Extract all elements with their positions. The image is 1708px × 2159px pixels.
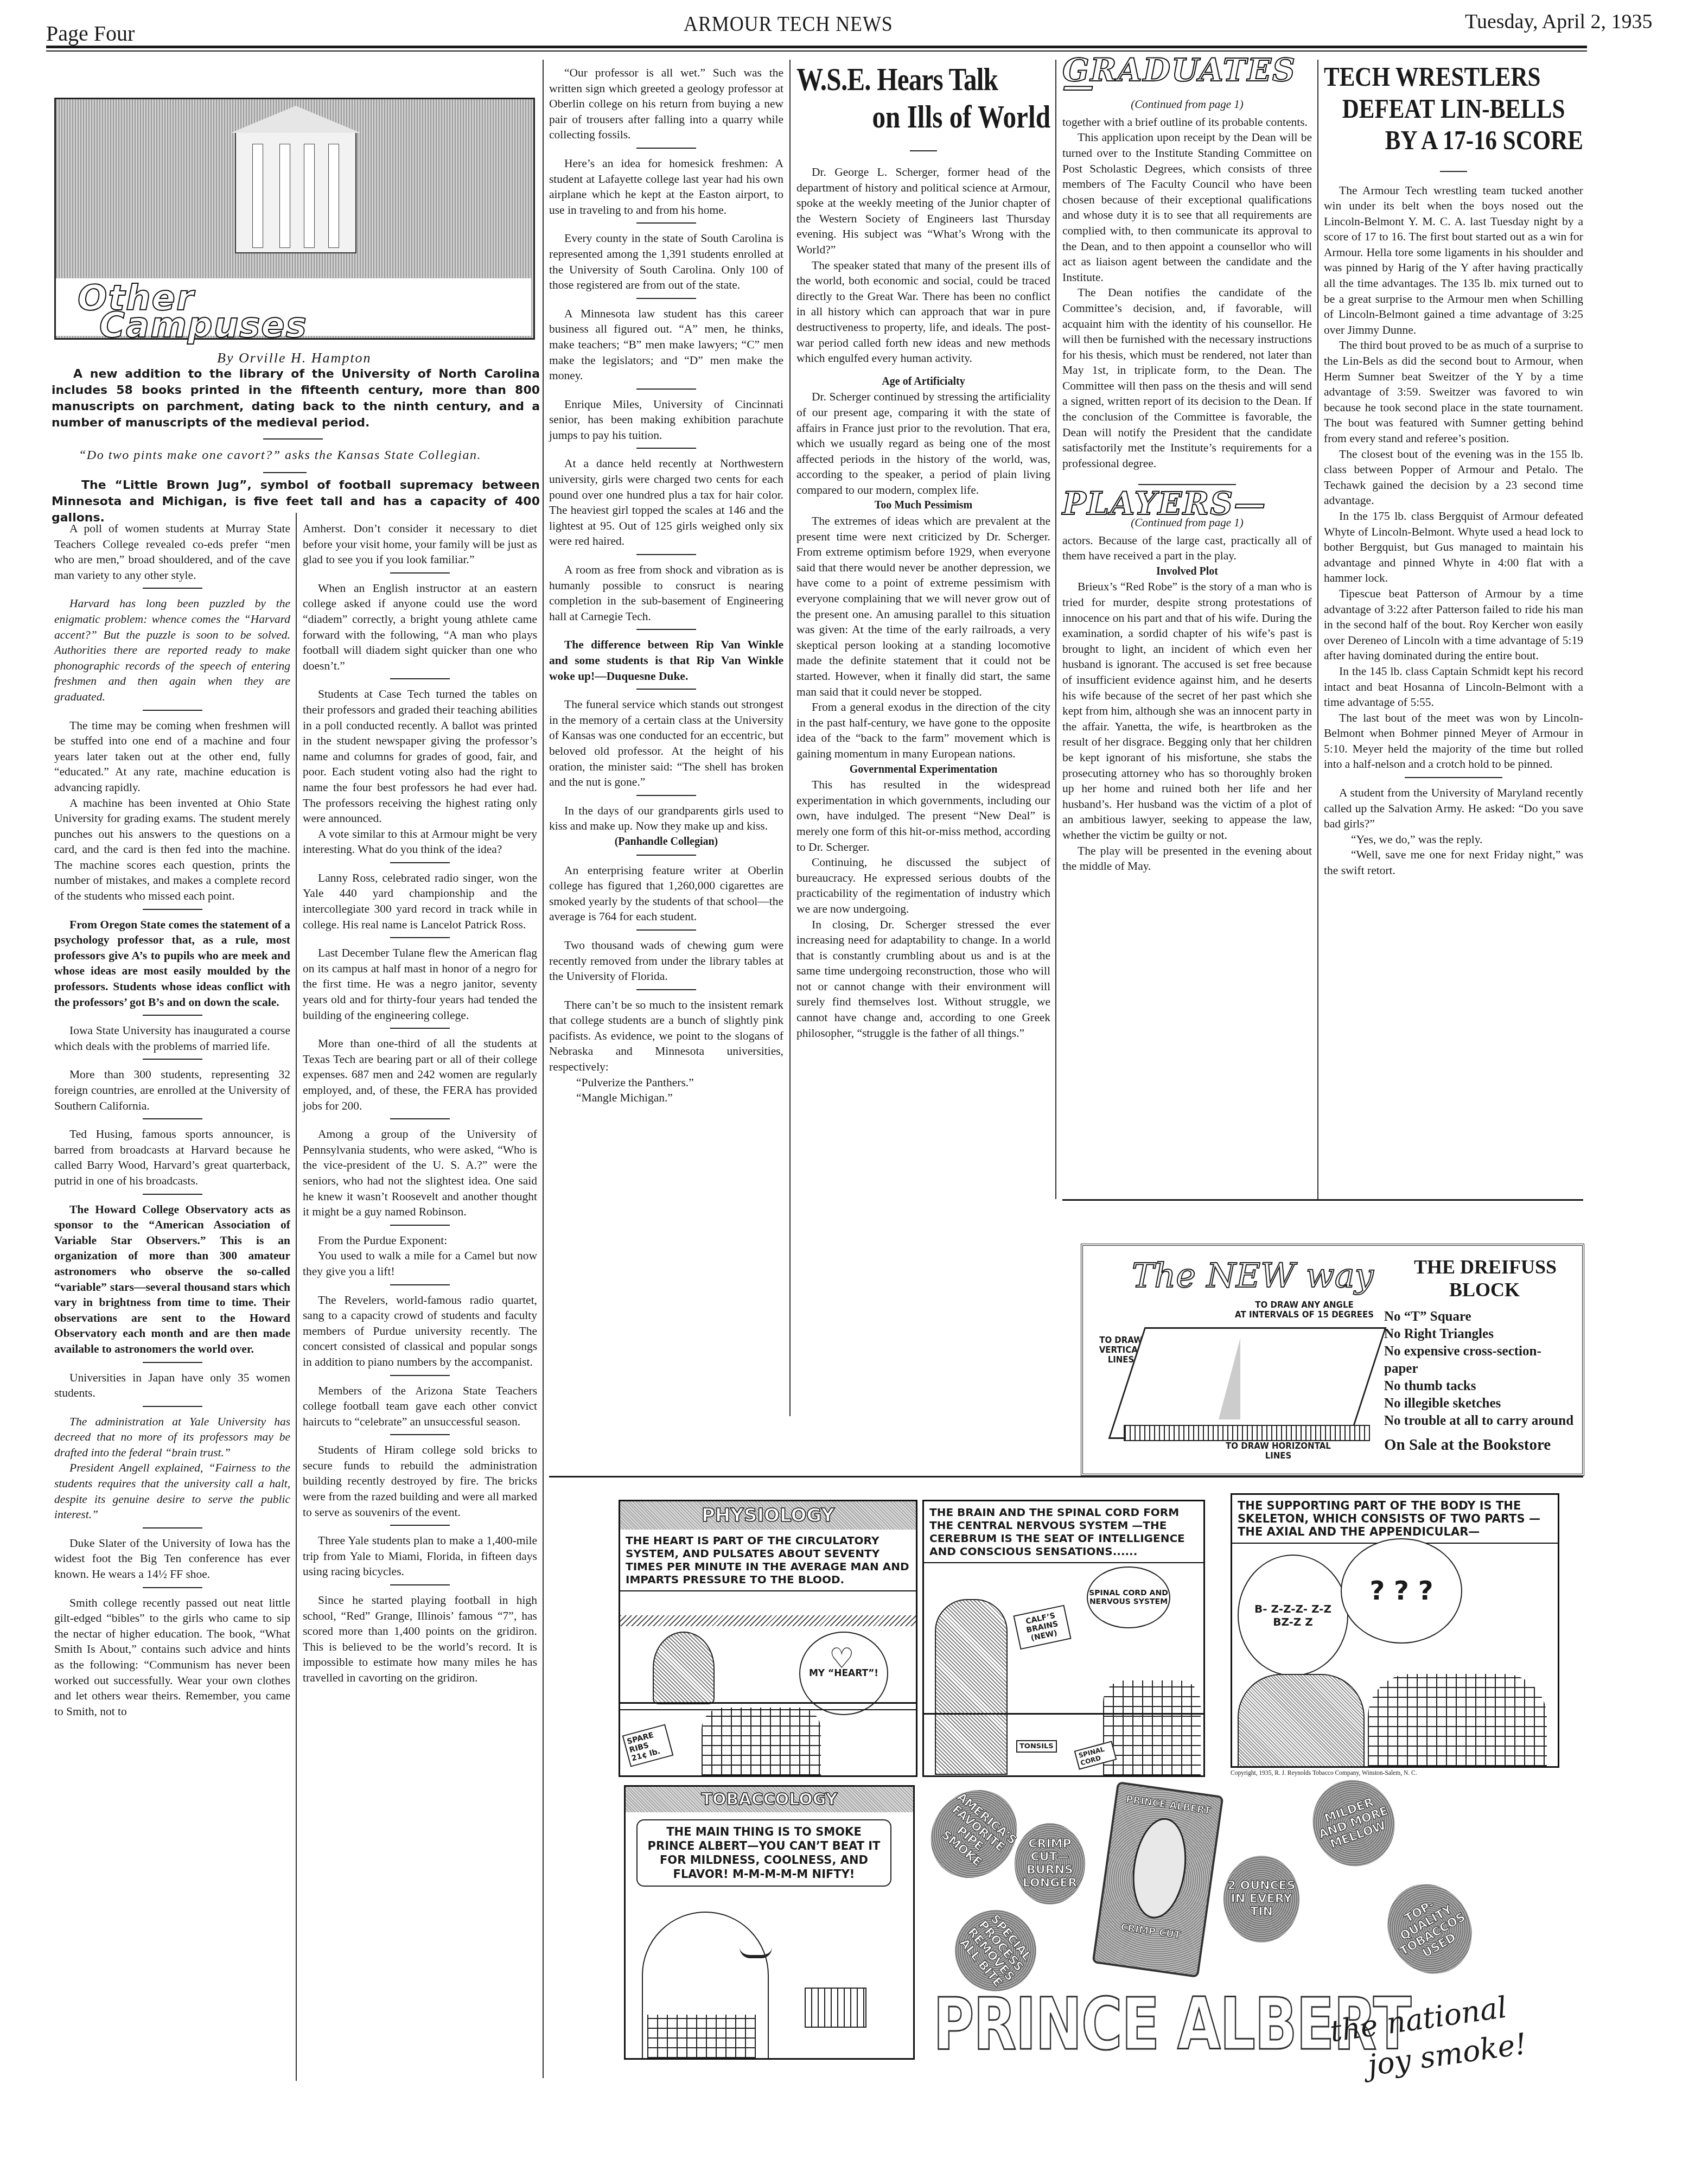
news-item: More than 300 students, representing 32 …: [54, 1067, 290, 1113]
divider: [636, 989, 696, 990]
divider: [143, 710, 202, 711]
column-divider: [1055, 60, 1056, 1199]
divider: [390, 1225, 450, 1226]
news-item: The administration at Yale University ha…: [54, 1414, 290, 1461]
panel-caption: THE SUPPORTING PART OF THE BODY IS THE S…: [1232, 1495, 1558, 1544]
counter: [924, 1713, 1203, 1720]
news-item: More than one-third of all the students …: [303, 1036, 537, 1113]
comic-panel-skeleton: THE SUPPORTING PART OF THE BODY IS THE S…: [1231, 1493, 1559, 1768]
triangle-icon: [1219, 1338, 1240, 1419]
divider: [636, 855, 696, 856]
sleeping-student-figure: [1238, 1674, 1365, 1768]
issue-date: Tuesday, April 2, 1935: [1465, 10, 1653, 34]
news-item: When an English instructor at an eastern…: [303, 581, 537, 674]
ad-brand-line1: THE DREIFUSS: [1414, 1256, 1557, 1278]
comic-panel-physiology: PHYSIOLOGY THE HEART IS PART OF THE CIRC…: [619, 1500, 917, 1777]
news-item: Students at Case Tech turned the tables …: [303, 686, 537, 826]
divider: [143, 1406, 202, 1407]
article-paragraph: In the 145 lb. class Captain Schmidt kep…: [1324, 664, 1583, 710]
news-item: Three Yale students plan to make a 1,400…: [303, 1533, 537, 1580]
divider: [636, 929, 696, 931]
news-item: Enrique Miles, University of Cincinnati …: [549, 397, 783, 443]
news-item: Students of Hiram college sold bricks to…: [303, 1442, 537, 1520]
article-paragraph: together with a brief outline of its pro…: [1062, 114, 1312, 130]
article-paragraph: The speaker stated that many of the pres…: [796, 258, 1050, 366]
subheading: Age of Artificialty: [796, 374, 1050, 390]
ad-brand-line2: BLOCK: [1449, 1278, 1520, 1301]
section-rule: [549, 1476, 1583, 1477]
news-item: Two thousand wads of chewing gum were re…: [549, 938, 783, 984]
news-item: A poll of women students at Murray State…: [54, 521, 290, 583]
feature-item: No “T” Square: [1384, 1308, 1574, 1326]
divider: [390, 1118, 450, 1119]
news-item: Lanny Ross, celebrated radio singer, won…: [303, 870, 537, 932]
divider: [390, 572, 450, 574]
lead-item-kansas-collegian: “Do two pints make one cavort?” asks the…: [79, 448, 481, 463]
heart-icon: ♡: [829, 1642, 855, 1675]
divider: [263, 472, 307, 473]
wrestling-headline-line3: BY A 17-16 SCORE: [1360, 126, 1583, 155]
slogan: “Pulverize the Panthers.”: [549, 1075, 783, 1091]
campus-building-icon: [805, 1988, 866, 2028]
divider: [390, 1525, 450, 1526]
divider: [143, 1194, 202, 1195]
news-item: Here’s an idea for homesick freshmen: A …: [549, 156, 783, 218]
divider: [910, 150, 937, 151]
article-paragraph: actors. Because of the large cast, pract…: [1062, 533, 1312, 564]
divider: [636, 689, 696, 690]
news-item: Smith college recently passed out neat l…: [54, 1595, 290, 1719]
news-item: A room as free from shock and vibration …: [549, 562, 783, 624]
divider: [143, 1118, 202, 1119]
divider: [390, 1028, 450, 1029]
dreifuss-block-ad: The NEW way THE DREIFUSS BLOCK TO DRAW A…: [1081, 1244, 1584, 1476]
news-item-source: (Panhandle Collegian): [549, 834, 783, 850]
news-item: A vote similar to this at Armour might b…: [303, 826, 537, 857]
article-paragraph: Dr. Scherger continued by stressing the …: [796, 389, 1050, 498]
article-paragraph: In closing, Dr. Scherger stressed the ev…: [796, 917, 1050, 1041]
counter: [620, 1702, 916, 1710]
divider: [143, 1059, 202, 1060]
news-item: The Howard College Observatory acts as s…: [54, 1202, 290, 1357]
column-divider: [543, 60, 544, 2078]
divider: [390, 862, 450, 863]
other-campuses-column-2: Amherst. Don’t consider it necessary to …: [303, 521, 537, 1686]
news-item: Every county in the state of South Carol…: [549, 231, 783, 292]
tin-label: PRINCE ALBERT: [1117, 1792, 1220, 1818]
divider: [636, 554, 696, 555]
divider: [390, 1584, 450, 1585]
divider: [636, 629, 696, 630]
article-paragraph: This has resulted in the widespread expe…: [796, 777, 1050, 855]
divider: [1405, 777, 1502, 778]
customer-figure: [1103, 1680, 1201, 1775]
product-label: TONSILS: [1016, 1740, 1057, 1753]
news-item: Duke Slater of the University of Iowa ha…: [54, 1536, 290, 1582]
butcher-figure: [935, 1599, 1008, 1775]
article-paragraph: The play will be presented in the evenin…: [1062, 843, 1312, 874]
news-item: President Angell explained, “Fairness to…: [54, 1460, 290, 1522]
news-item: A machine has been invented at Ohio Stat…: [54, 795, 290, 904]
news-item: The difference between Rip Van Winkle an…: [549, 637, 783, 684]
copyright-notice: Copyright, 1935, R. J. Reynolds Tobacco …: [1231, 1770, 1417, 1776]
slogan: “Mangle Michigan.”: [549, 1090, 783, 1106]
feature-item: No illegible sketches: [1384, 1395, 1574, 1412]
news-item: Amherst. Don’t consider it necessary to …: [303, 521, 537, 568]
feature-item: No expensive cross-section-paper: [1384, 1343, 1574, 1378]
news-item: Harvard has long been puzzled by the eni…: [54, 596, 290, 704]
feature-item: No trouble at all to carry around: [1384, 1412, 1574, 1430]
news-item: Universities in Japan have only 35 women…: [54, 1370, 290, 1401]
award-seal: MILDER AND MORE MELLOW: [1301, 1768, 1407, 1878]
news-item: The Revelers, world-famous radio quartet…: [303, 1292, 537, 1370]
divider: [636, 448, 696, 449]
prince-albert-tin: PRINCE ALBERT CRIMP CUT: [1092, 1781, 1223, 1978]
divider: [636, 298, 696, 299]
news-item: The funeral service which stands out str…: [549, 697, 783, 790]
panel-banner: PHYSIOLOGY: [620, 1501, 916, 1530]
column-divider: [296, 513, 297, 2081]
question-thought-bubble: ? ? ?: [1341, 1538, 1462, 1644]
graduates-headline: GRADUATES—: [1062, 62, 1312, 93]
news-item: At a dance held recently at Northwestern…: [549, 456, 783, 549]
award-seal: CRIMP CUT—BURNS LONGER: [1015, 1823, 1085, 1905]
news-item: Members of the Arizona State Teachers co…: [303, 1383, 537, 1430]
article-paragraph: This application upon receipt by the Dea…: [1062, 130, 1312, 285]
divider: [143, 588, 202, 589]
news-item: Since he started playing football in hig…: [303, 1593, 537, 1686]
news-item: The time may be coming when freshmen wil…: [54, 718, 290, 795]
divider: [390, 1375, 450, 1376]
masthead-rule: [46, 46, 1587, 48]
subheading: Involved Plot: [1062, 564, 1312, 579]
sale-line: On Sale at the Bookstore: [1384, 1436, 1574, 1454]
divider: [390, 1284, 450, 1285]
comic-panel-tobaccology: TOBACCOLOGY THE MAIN THING IS TO SMOKE P…: [624, 1785, 915, 2060]
news-item: Iowa State University has inaugurated a …: [54, 1023, 290, 1054]
calfs-brains-sign: CALF’S BRAINS (NEW): [1013, 1605, 1071, 1650]
label-horizontal: TO DRAW HORIZONTAL LINES: [1219, 1441, 1338, 1461]
wrestling-headline-line2: DEFEAT LIN-BELLS: [1342, 94, 1565, 123]
thought-bubble: SPINAL CORD AND NERVOUS SYSTEM: [1087, 1566, 1170, 1628]
news-item: Last December Tulane flew the American f…: [303, 945, 537, 1023]
divider: [143, 909, 202, 910]
panel-banner: TOBACCOLOGY: [626, 1787, 913, 1812]
news-item: “Our professor is all wet.” Such was the…: [549, 65, 783, 143]
wrestling-article: TECH WRESTLERS DEFEAT LIN-BELLS BY A 17-…: [1324, 62, 1583, 878]
news-item: From Oregon State comes the statement of…: [54, 917, 290, 1010]
award-seal: 2 OUNCES IN EVERY TIN: [1223, 1856, 1299, 1943]
other-campuses-title-line2: Campuses: [99, 305, 308, 346]
lead-item-unc-library: A new addition to the library of the Uni…: [52, 366, 540, 431]
article-paragraph: Continuing, he discussed the subject of …: [796, 855, 1050, 916]
divider: [143, 1527, 202, 1529]
section-rule: [1062, 1199, 1583, 1201]
news-item: A student from the University of Marylan…: [1324, 785, 1583, 832]
t-square-ruler-icon: [1124, 1425, 1370, 1441]
continued-note: (Continued from page 1): [1062, 97, 1312, 112]
article-paragraph: The third bout proved to be as much of a…: [1324, 337, 1583, 446]
comic-panel-nervous-system: THE BRAIN AND THE SPINAL CORD FORM THE C…: [922, 1500, 1205, 1777]
news-item: There can’t be so much to the insistent …: [549, 997, 783, 1075]
graduates-players-column: GRADUATES— (Continued from page 1) toget…: [1062, 62, 1312, 874]
news-item: Among a group of the University of Penns…: [303, 1126, 537, 1220]
other-campuses-byline: By Orville H. Hampton: [217, 350, 372, 366]
tin-sublabel: CRIMP CUT: [1099, 1919, 1202, 1944]
article-paragraph: From a general exodus in the direction o…: [796, 699, 1050, 761]
award-seal: TOP-QUALITY TOBACCOS USED: [1372, 1869, 1488, 1989]
other-campuses-column-1: A poll of women students at Murray State…: [54, 521, 290, 1719]
subheading: Governmental Experimentation: [796, 762, 1050, 778]
divider: [390, 678, 450, 679]
article-paragraph: The extremes of ideas which are prevalen…: [796, 513, 1050, 699]
article-paragraph: Tipescue beat Patterson of Armour by a t…: [1324, 586, 1583, 664]
label-angle: TO DRAW ANY ANGLE AT INTERVALS OF 15 DEG…: [1235, 1300, 1374, 1320]
customer-figure: [702, 1708, 821, 1775]
ad-headline: The NEW way: [1132, 1256, 1374, 1295]
feature-item: No Right Triangles: [1384, 1326, 1574, 1343]
news-item: “Well, save me one for next Friday night…: [1324, 847, 1583, 878]
article-paragraph: The closest bout of the evening was in t…: [1324, 447, 1583, 508]
article-paragraph: The last bout of the meet was won by Lin…: [1324, 710, 1583, 772]
other-campuses-column-3: “Our professor is all wet.” Such was the…: [549, 65, 783, 1106]
page-number-label: Page Four: [46, 21, 135, 46]
speech-bubble: THE MAIN THING IS TO SMOKE PRINCE ALBERT…: [636, 1819, 891, 1887]
article-paragraph: The Armour Tech wrestling team tucked an…: [1324, 183, 1583, 338]
article-paragraph: Dr. George L. Scherger, former head of t…: [796, 164, 1050, 258]
snore-thought-bubble: B- Z-Z-Z- Z-Z BZ-Z Z: [1238, 1555, 1348, 1676]
divider: [636, 148, 696, 149]
divider: [143, 1362, 202, 1363]
column-divider: [789, 60, 791, 1416]
article-paragraph: The Dean notifies the candidate of the C…: [1062, 285, 1312, 471]
news-item: Ted Husing, famous sports announcer, is …: [54, 1126, 290, 1188]
pipe-icon: [740, 1944, 772, 1958]
feature-list: No “T” Square No Right Triangles No expe…: [1384, 1308, 1574, 1454]
news-item: An enterprising feature writer at Oberli…: [549, 863, 783, 925]
news-item: In the days of our grandparents girls us…: [549, 803, 783, 834]
panel-caption: THE BRAIN AND THE SPINAL CORD FORM THE C…: [924, 1501, 1203, 1563]
news-item: A Minnesota law student has this career …: [549, 306, 783, 384]
wse-headline-line2: on Ills of World: [842, 100, 1050, 134]
article-paragraph: In the 175 lb. class Bergquist of Armour…: [1324, 508, 1583, 586]
masthead-rule-thin: [46, 50, 1587, 52]
column-divider: [1317, 60, 1318, 1199]
divider: [390, 1434, 450, 1435]
divider: [263, 438, 323, 440]
divider: [143, 1587, 202, 1588]
puzzled-student-figure: [1368, 1674, 1547, 1766]
other-campuses-illustration: Other Campuses: [54, 98, 535, 340]
wse-headline-line1: W.S.E. Hears Talk: [796, 62, 1005, 97]
price-sign: SPARE RIBS 21¢ lb.: [622, 1724, 674, 1767]
wrestling-headline-line1: TECH WRESTLERS: [1324, 62, 1547, 91]
divider: [1440, 171, 1467, 172]
divider: [143, 1015, 202, 1016]
campus-building-icon: [235, 132, 356, 253]
divider: [636, 795, 696, 796]
news-item: You used to walk a mile for a Camel but …: [303, 1248, 537, 1279]
prince-albert-portrait-icon: [1126, 1814, 1192, 1922]
divider: [636, 389, 696, 390]
subheading: Too Much Pessimism: [796, 498, 1050, 513]
butcher-figure: [653, 1632, 715, 1704]
news-item: From the Purdue Exponent:: [303, 1233, 537, 1249]
newspaper-title: ARMOUR TECH NEWS: [684, 11, 893, 36]
panel-caption: THE HEART IS PART OF THE CIRCULATORY SYS…: [620, 1530, 916, 1591]
drawing-board-icon: [1108, 1327, 1387, 1439]
divider: [390, 937, 450, 938]
news-item: “Yes, we do,” was the reply.: [1324, 832, 1583, 848]
article-paragraph: Brieux’s “Red Robe” is the story of a ma…: [1062, 579, 1312, 843]
wse-article: W.S.E. Hears Talk on Ills of World Dr. G…: [796, 62, 1050, 1041]
divider: [636, 222, 696, 224]
feature-item: No thumb tacks: [1384, 1378, 1574, 1395]
players-headline: PLAYERS—: [1062, 496, 1312, 512]
